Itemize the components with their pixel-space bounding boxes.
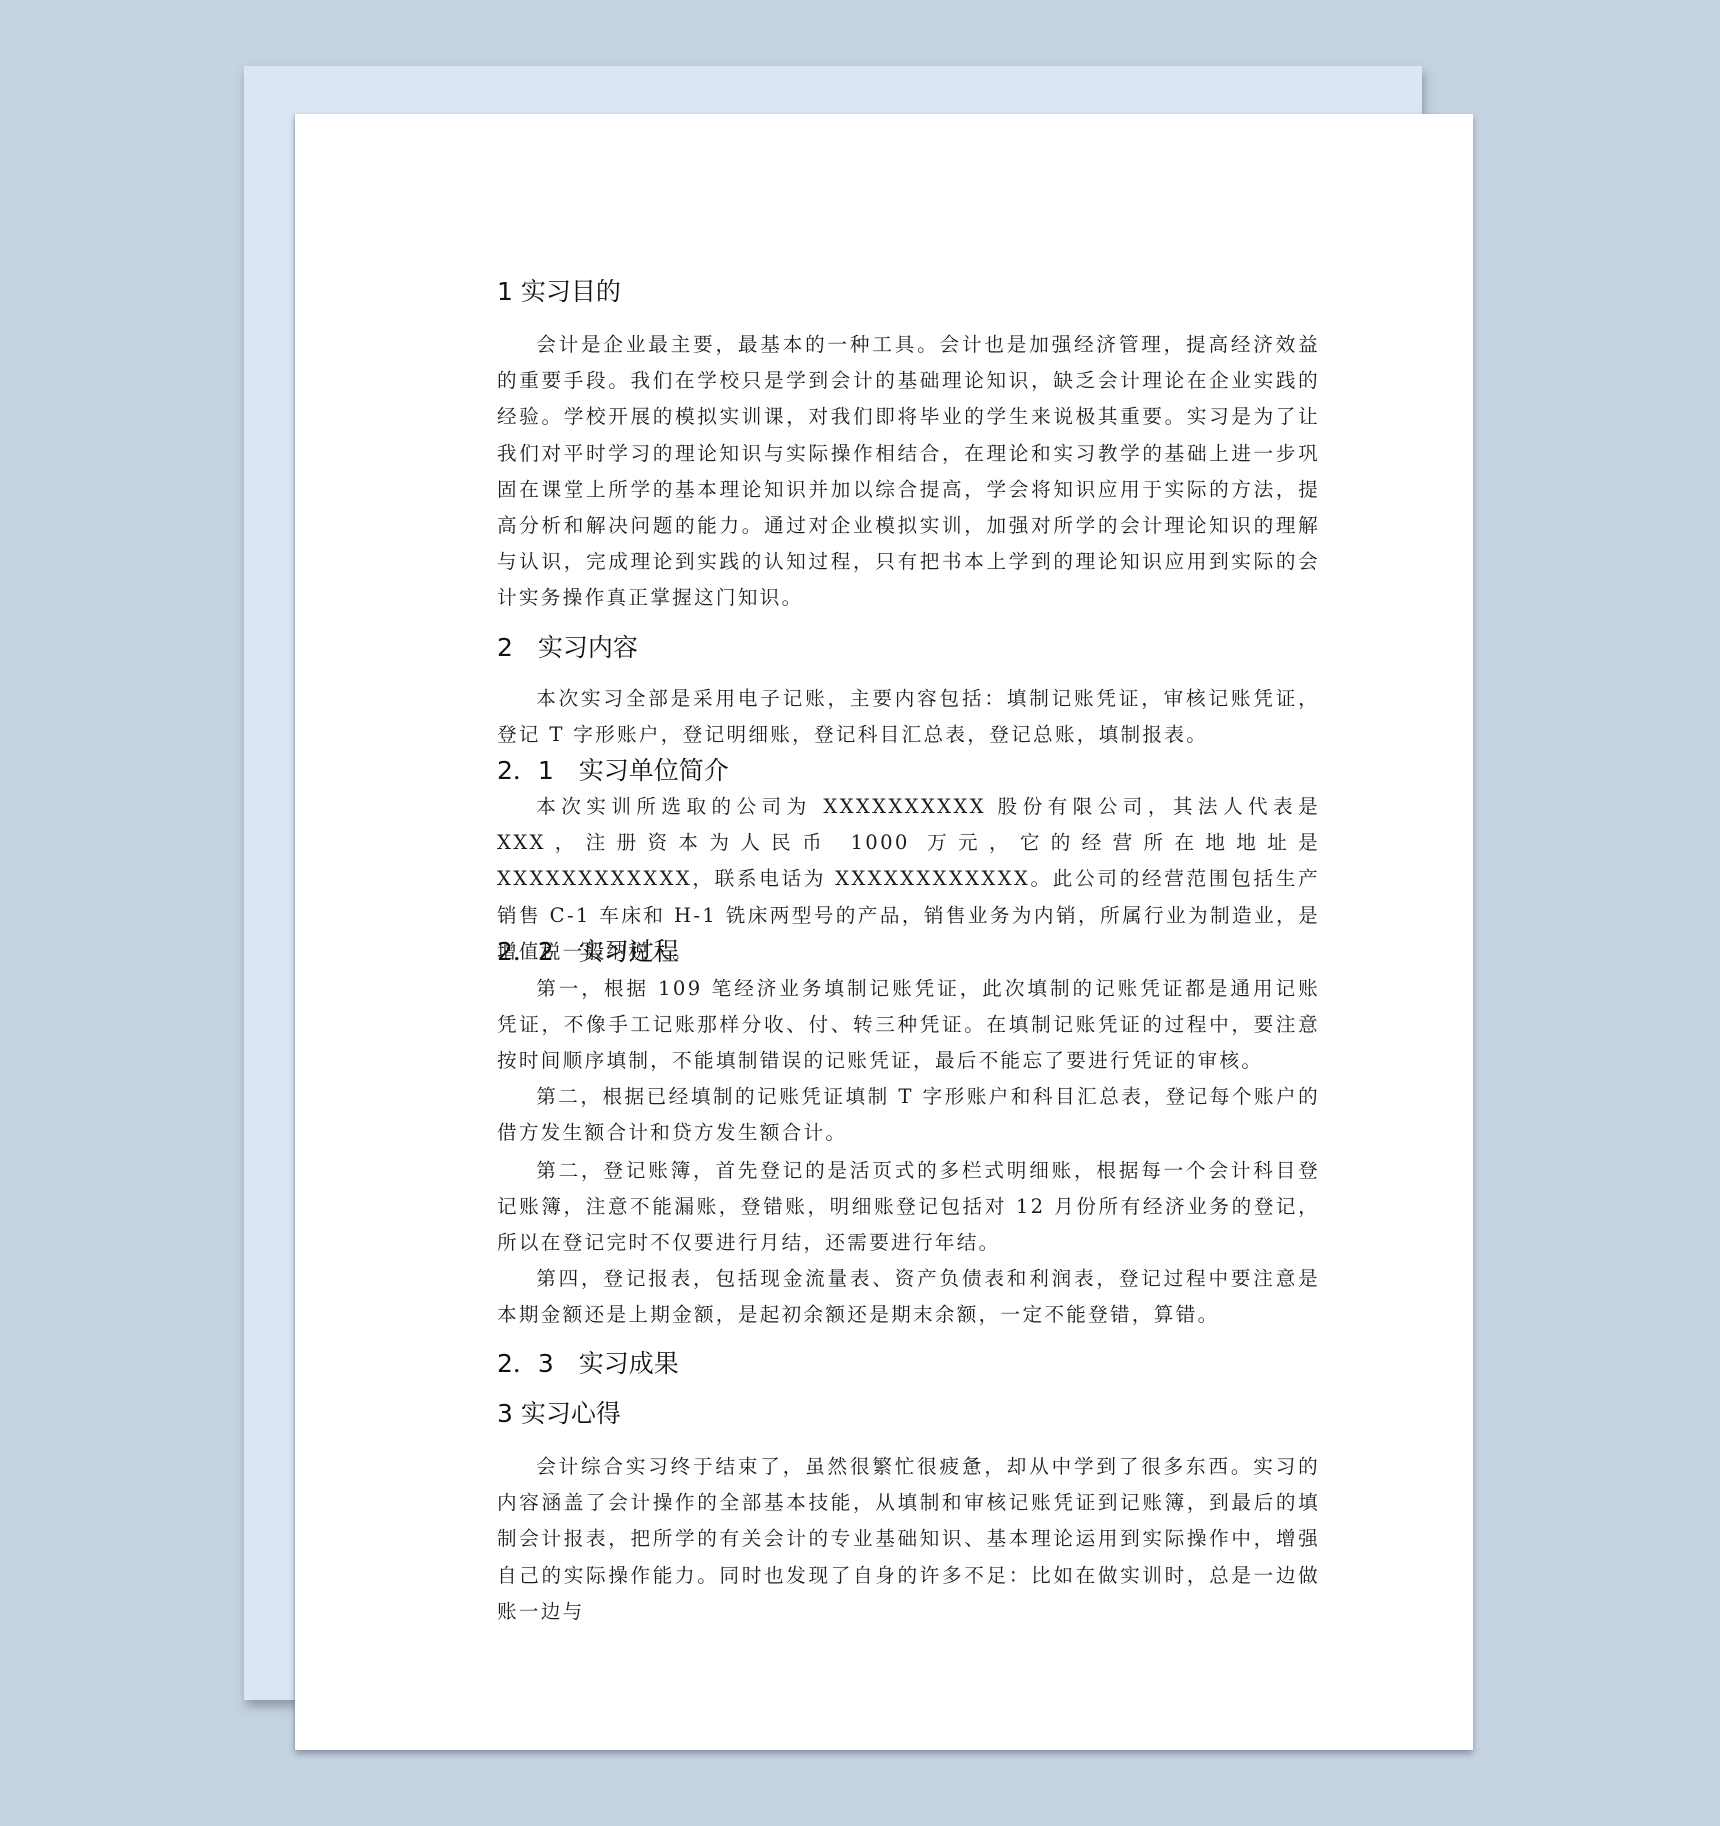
paragraph: 第二，登记账簿，首先登记的是活页式的多栏式明细账，根据每一个会计科目登记账簿，注…: [497, 1153, 1320, 1262]
subsection-heading: 2．1 实习单位简介: [497, 755, 1320, 787]
document-page: 1 实习目的 会计是企业最主要，最基本的一种工具。会计也是加强经济管理，提高经济…: [295, 114, 1473, 1750]
section-heading: 2 实习内容: [497, 632, 1320, 664]
paragraph: 会计综合实习终于结束了，虽然很繁忙很疲惫，却从中学到了很多东西。实习的内容涵盖了…: [497, 1449, 1320, 1630]
section-heading: 1 实习目的: [497, 276, 1320, 308]
section-heading: 3 实习心得: [497, 1398, 1320, 1430]
subsection-heading: 2．3 实习成果: [497, 1348, 1320, 1380]
paragraph: 本次实习全部是采用电子记账，主要内容包括：填制记账凭证，审核记账凭证，登记 T …: [497, 681, 1320, 753]
subsection-heading: 2．2 实习过程: [497, 936, 1320, 968]
paragraph: 第四，登记报表，包括现金流量表、资产负债表和利润表，登记过程中要注意是本期金额还…: [497, 1261, 1320, 1333]
paragraph: 会计是企业最主要，最基本的一种工具。会计也是加强经济管理，提高经济效益的重要手段…: [497, 327, 1320, 617]
paragraph: 第一，根据 109 笔经济业务填制记账凭证，此次填制的记账凭证都是通用记账凭证，…: [497, 971, 1320, 1080]
paragraph: 第二，根据已经填制的记账凭证填制 T 字形账户和科目汇总表，登记每个账户的借方发…: [497, 1079, 1320, 1151]
